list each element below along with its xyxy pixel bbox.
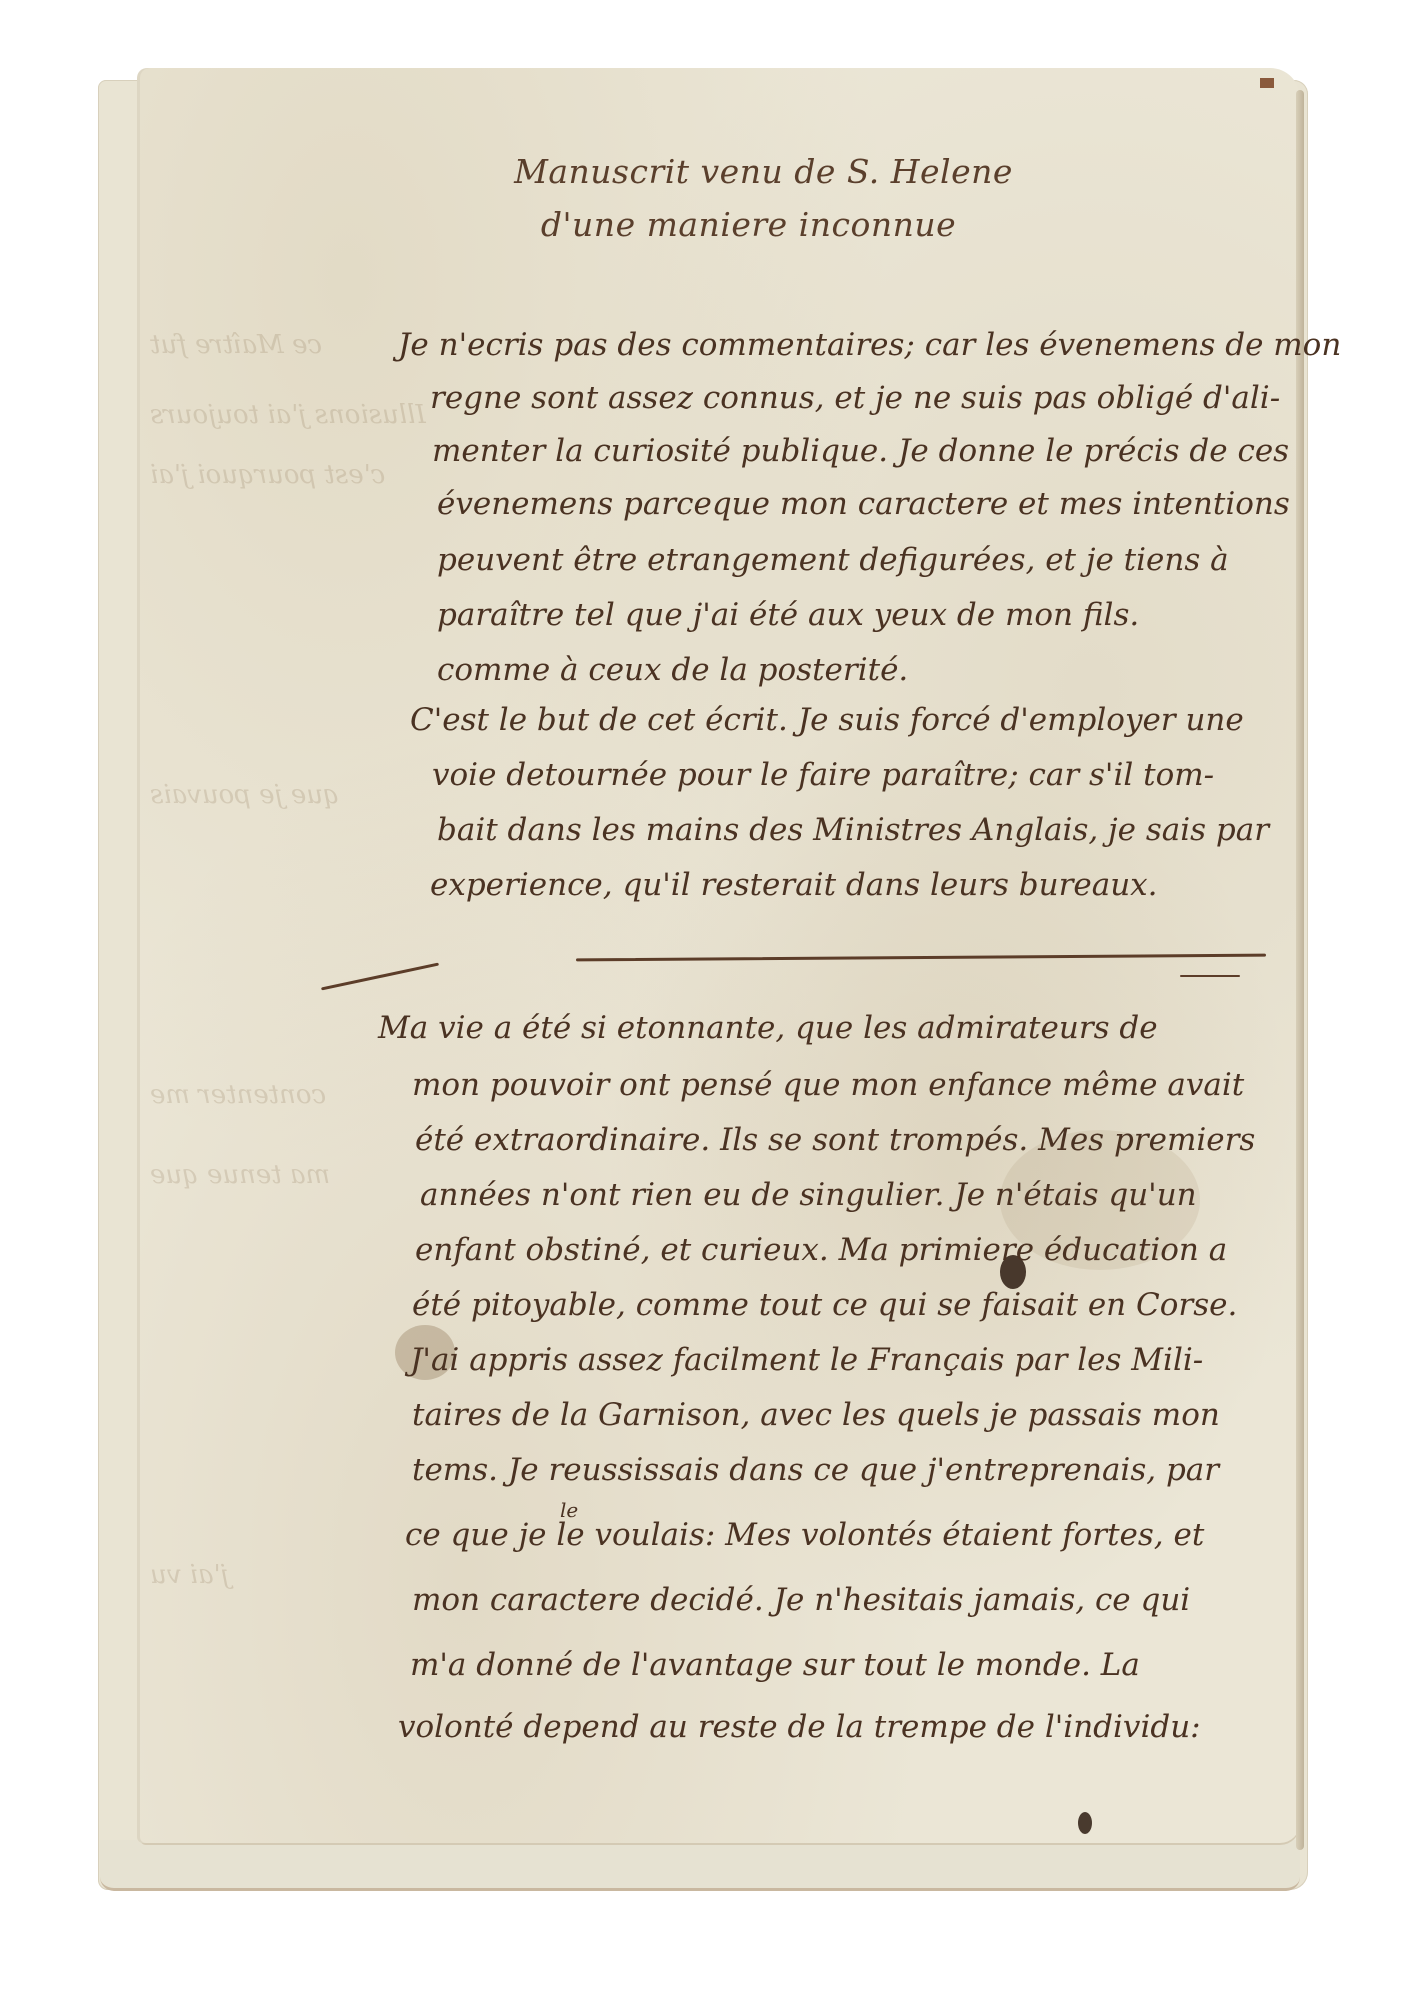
text-line: ce que je le voulais: Mes volontés étaie…	[405, 1520, 1204, 1551]
text-line: comme à ceux de la posterité.	[437, 655, 908, 686]
text-line: paraître tel que j'ai été aux yeux de mo…	[437, 600, 1139, 631]
manuscript-title-line-2: d'une maniere inconnue	[45, 205, 1407, 244]
text-line: évenemens parceque mon caractere et mes …	[437, 489, 1290, 520]
text-line: J'ai appris assez facilment le Français …	[410, 1345, 1203, 1376]
manuscript-title-line-1: Manuscrit venu de S. Helene	[60, 152, 1407, 191]
section-divider-dash	[1180, 975, 1240, 977]
binding-tab	[1260, 78, 1274, 88]
text-line: C'est le but de cet écrit. Je suis forcé…	[410, 705, 1244, 736]
text-line: mon pouvoir ont pensé que mon enfance mê…	[412, 1070, 1244, 1101]
text-line: mon caractere decidé. Je n'hesitais jama…	[412, 1585, 1190, 1616]
text-line: m'a donné de l'avantage sur tout le mond…	[410, 1650, 1140, 1681]
text-line: enfant obstiné, et curieux. Ma primiere …	[415, 1235, 1227, 1266]
text-line: peuvent être etrangement defigurées, et …	[437, 545, 1229, 576]
text-line: regne sont assez connus, et je ne suis p…	[430, 383, 1280, 414]
underlying-leaf-bottom-edge	[100, 1840, 1300, 1891]
text-line: été pitoyable, comme tout ce qui se fais…	[412, 1290, 1237, 1321]
text-line: voie detournée pour le faire paraître; c…	[432, 760, 1214, 791]
text-line: années n'ont rien eu de singulier. Je n'…	[420, 1180, 1197, 1211]
text-line: experience, qu'il resterait dans leurs b…	[430, 870, 1158, 901]
text-line: volonté depend au reste de la trempe de …	[398, 1712, 1201, 1743]
text-line: bait dans les mains des Ministres Anglai…	[437, 815, 1269, 846]
text-line: été extraordinaire. Ils se sont trompés.…	[415, 1125, 1255, 1156]
text-line: Je n'ecris pas des commentaires; car les…	[398, 330, 1341, 361]
text-line: tems. Je reussissais dans ce que j'entre…	[412, 1455, 1219, 1486]
text-line: taires de la Garnison, avec les quels je…	[412, 1400, 1220, 1431]
text-line: menter la curiosité publique. Je donne l…	[432, 436, 1289, 467]
ink-blot	[1078, 1812, 1092, 1834]
text-line: Ma vie a été si etonnante, que les admir…	[378, 1013, 1158, 1044]
